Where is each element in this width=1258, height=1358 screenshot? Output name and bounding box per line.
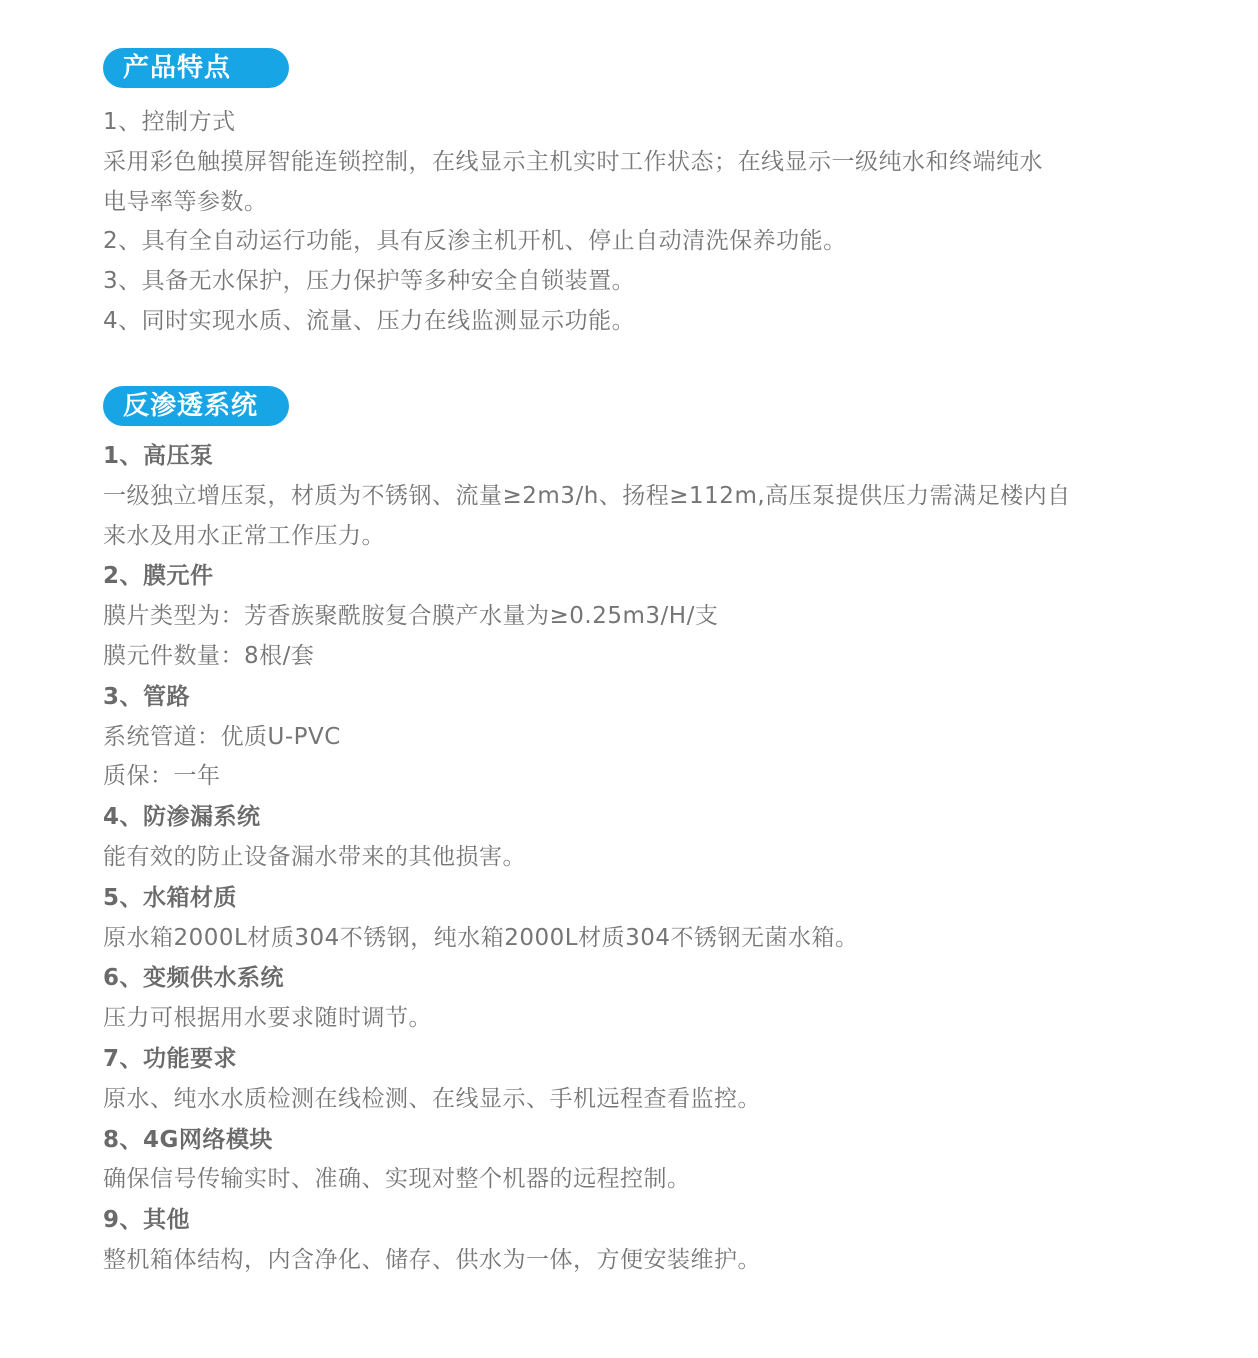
item-line: 一级独立增压泵，材质为不锈钢、流量≥2m3/h、扬程≥112m,高压泵提供压力需… [103, 477, 1183, 517]
feature-line: 电导率等参数。 [103, 183, 1183, 223]
item-line: 能有效的防止设备漏水带来的其他损害。 [103, 838, 1183, 878]
item-heading-anti-leak: 4、防渗漏系统 [103, 797, 1183, 838]
item-heading-variable-frequency: 6、变频供水系统 [103, 958, 1183, 999]
item-line: 质保：一年 [103, 757, 1183, 797]
item-line: 系统管道：优质U-PVC [103, 718, 1183, 758]
item-heading-high-pressure-pump: 1、高压泵 [103, 436, 1183, 477]
item-heading-membrane: 2、膜元件 [103, 556, 1183, 597]
item-line: 原水箱2000L材质304不锈钢，纯水箱2000L材质304不锈钢无菌水箱。 [103, 919, 1183, 959]
item-line: 确保信号传输实时、准确、实现对整个机器的远程控制。 [103, 1160, 1183, 1200]
item-line: 膜元件数量：8根/套 [103, 637, 1183, 677]
feature-line: 2、具有全自动运行功能，具有反渗主机开机、停止自动清洗保养功能。 [103, 222, 1183, 262]
item-heading-4g-module: 8、4G网络模块 [103, 1120, 1183, 1161]
feature-line: 采用彩色触摸屏智能连锁控制，在线显示主机实时工作状态；在线显示一级纯水和终端纯水 [103, 143, 1183, 183]
item-heading-other: 9、其他 [103, 1200, 1183, 1241]
item-line: 整机箱体结构，内含净化、储存、供水为一体，方便安装维护。 [103, 1241, 1183, 1281]
item-line: 原水、纯水水质检测在线检测、在线显示、手机远程查看监控。 [103, 1080, 1183, 1120]
section-title-product-features: 产品特点 [103, 48, 289, 88]
item-heading-tank-material: 5、水箱材质 [103, 878, 1183, 919]
item-line: 压力可根据用水要求随时调节。 [103, 999, 1183, 1039]
reverse-osmosis-list: 1、高压泵 一级独立增压泵，材质为不锈钢、流量≥2m3/h、扬程≥112m,高压… [103, 436, 1183, 1281]
feature-line: 1、控制方式 [103, 103, 1183, 143]
item-line: 来水及用水正常工作压力。 [103, 517, 1183, 557]
item-heading-pipeline: 3、管路 [103, 677, 1183, 718]
feature-line: 4、同时实现水质、流量、压力在线监测显示功能。 [103, 302, 1183, 342]
item-heading-function-requirements: 7、功能要求 [103, 1039, 1183, 1080]
section-title-reverse-osmosis: 反渗透系统 [103, 386, 289, 426]
item-line: 膜片类型为：芳香族聚酰胺复合膜产水量为≥0.25m3/H/支 [103, 597, 1183, 637]
feature-line: 3、具备无水保护，压力保护等多种安全自锁装置。 [103, 262, 1183, 302]
product-features-list: 1、控制方式 采用彩色触摸屏智能连锁控制，在线显示主机实时工作状态；在线显示一级… [103, 103, 1183, 342]
